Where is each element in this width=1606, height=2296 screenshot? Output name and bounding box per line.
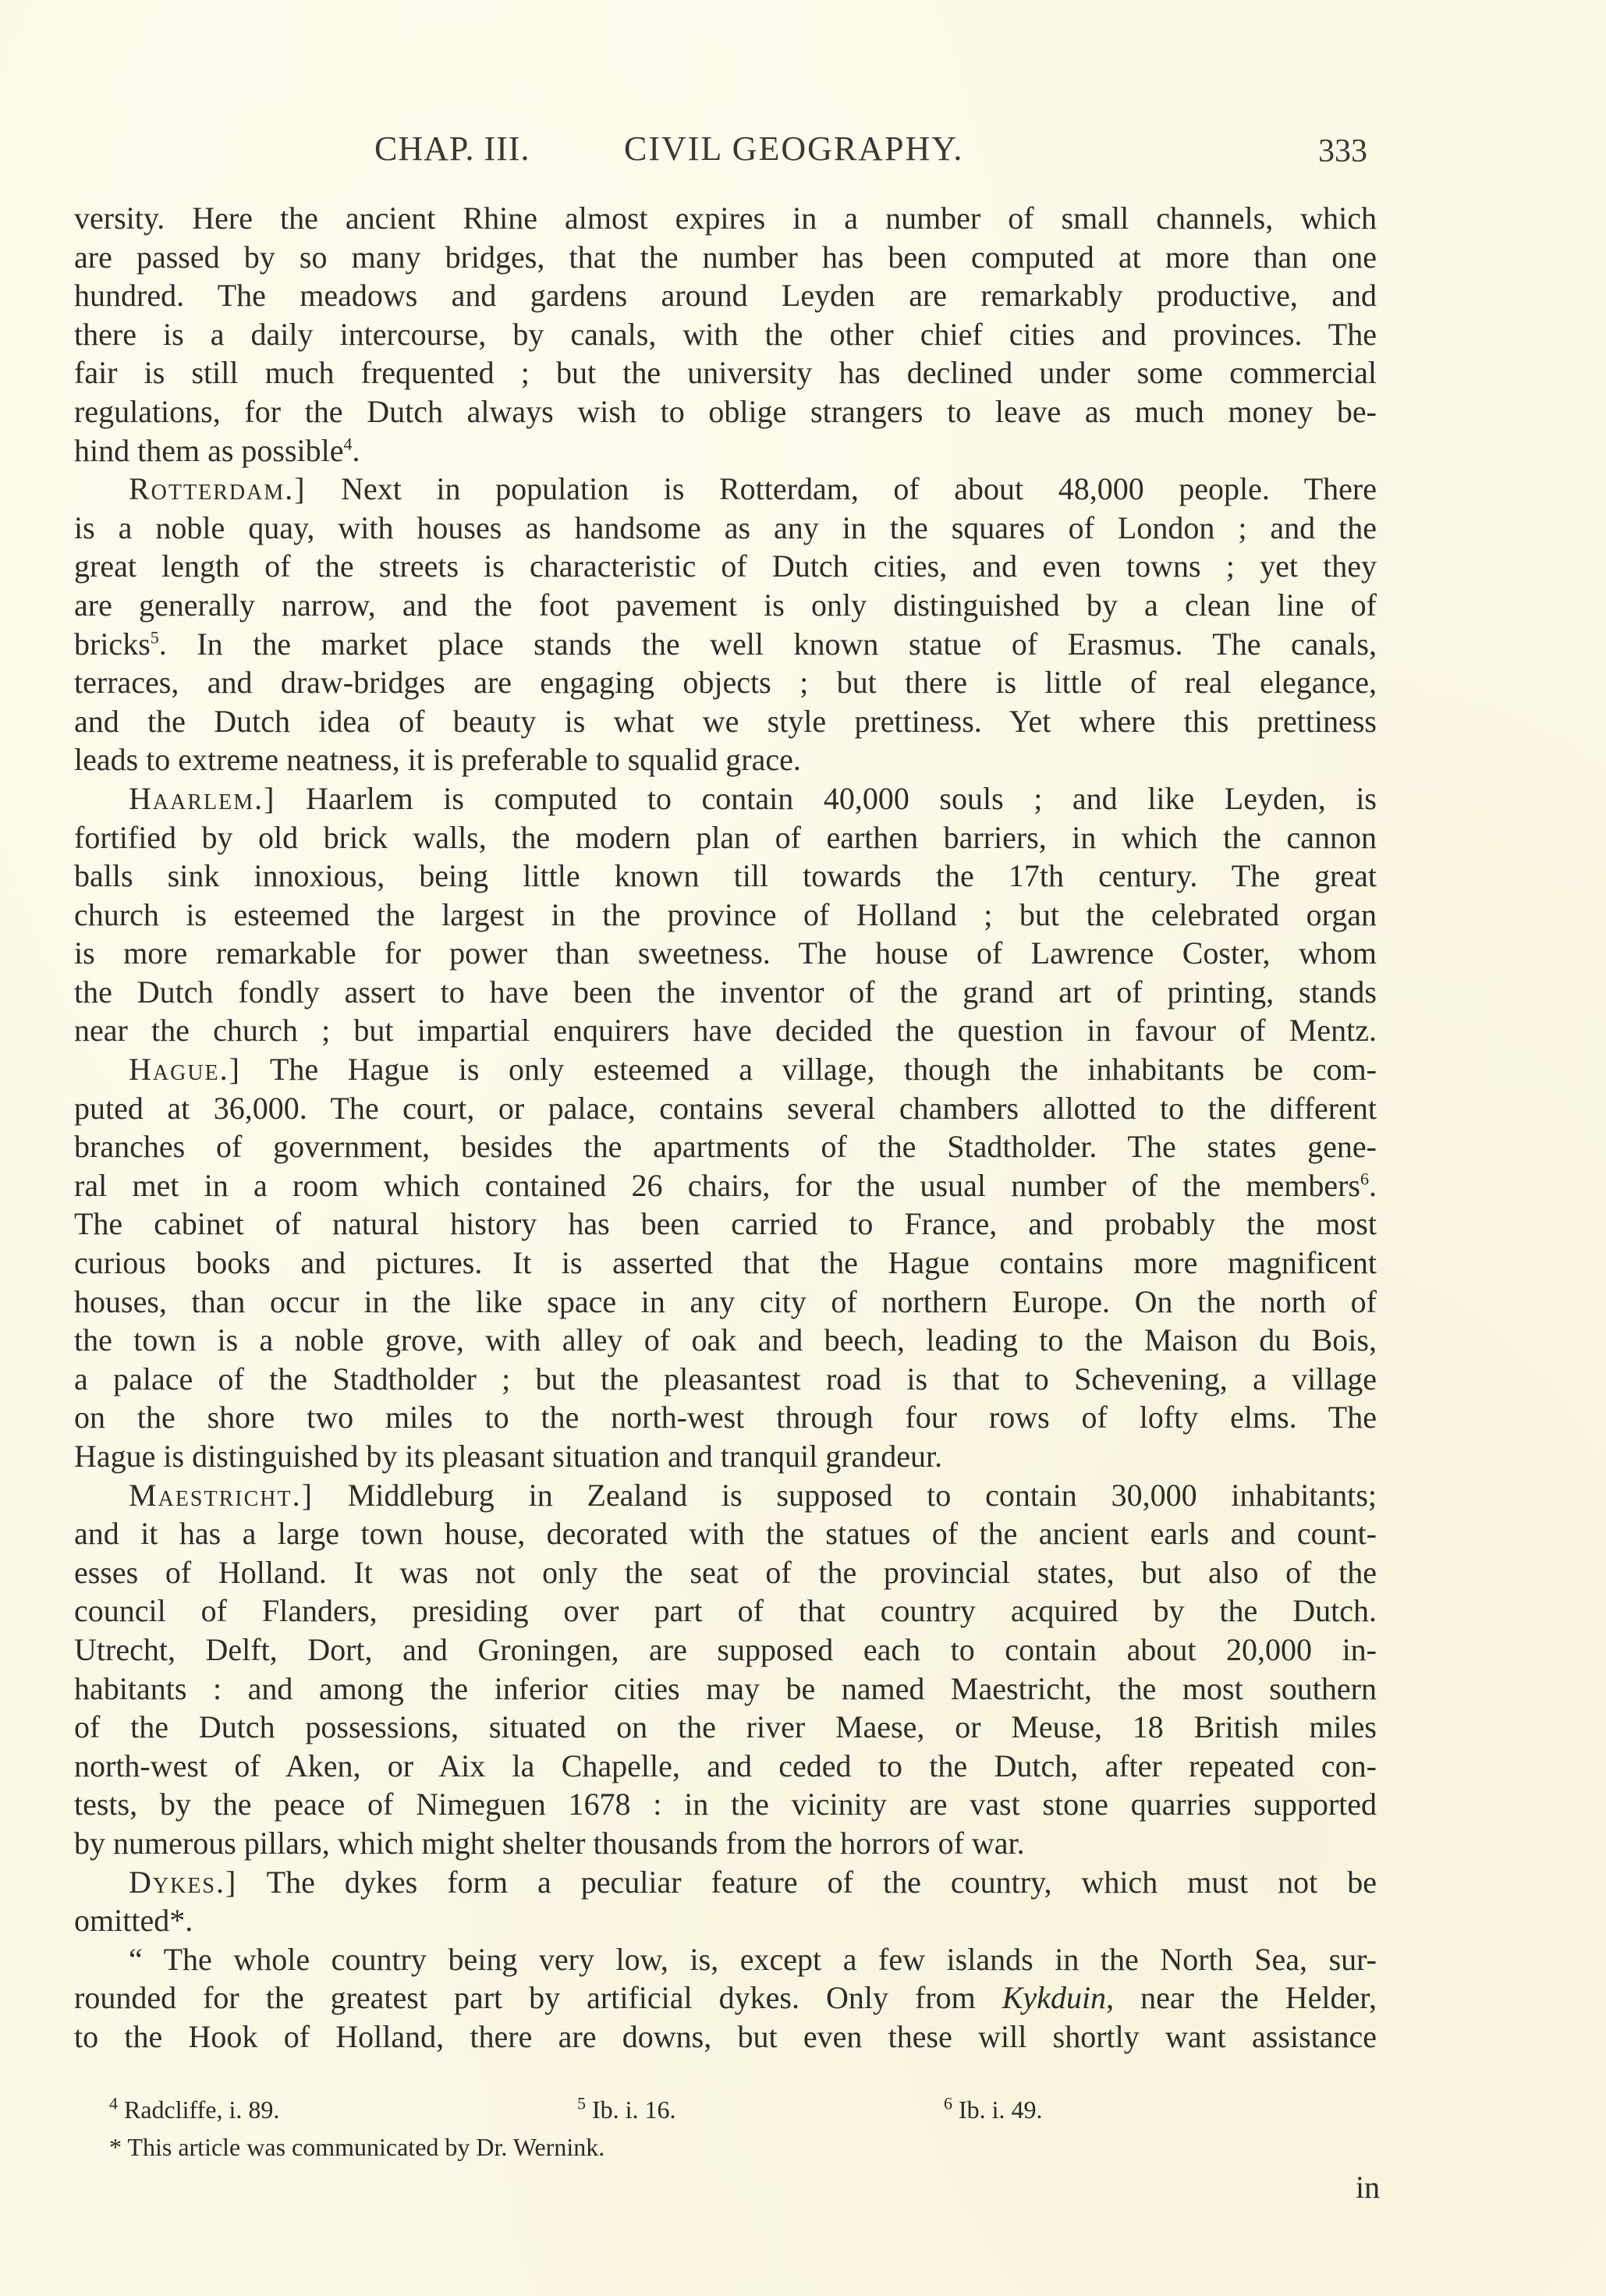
text-line: puted at 36,000. The court, or palace, c… [74,1089,1377,1128]
running-head: CHAP. III. CIVIL GEOGRAPHY. [374,129,1388,176]
text-line: the Dutch fondly assert to have been the… [74,973,1377,1012]
footnote-4: 4 Radcliffe, i. 89. [109,2091,279,2128]
footnote-6: 6 Ib. i. 49. [944,2091,1043,2128]
text-line: terraces, and draw-bridges are engaging … [74,663,1377,702]
body-text: versity. Here the ancient Rhine almost e… [74,199,1377,2056]
text-line: near the church ; but impartial enquirer… [74,1011,1377,1050]
footnote-asterisk: * This article was communicated by Dr. W… [109,2128,604,2166]
text-line: are passed by so many bridges, that the … [74,238,1377,277]
text-line: ral met in a room which contained 26 cha… [74,1166,1377,1205]
text-line: omitted*. [74,1901,1377,1940]
text-line: a palace of the Stadtholder ; but the pl… [74,1360,1377,1399]
text-line: leads to extreme neatness, it is prefera… [74,740,1377,779]
text-line: habitants : and among the inferior citie… [74,1670,1377,1709]
section-heading-line: Dykes.] The dykes form a peculiar featur… [74,1863,1377,1902]
text-line: curious books and pictures. It is assert… [74,1244,1377,1283]
text-line: to the Hook of Holland, there are downs,… [74,2017,1377,2056]
text-line: and it has a large town house, decorated… [74,1514,1377,1553]
text-line: great length of the streets is character… [74,547,1377,586]
section-heading: Maestricht.] [129,1478,314,1513]
text-line: on the shore two miles to the north-west… [74,1398,1377,1437]
text-line: church is esteemed the largest in the pr… [74,896,1377,935]
section-heading-line: Hague.] The Hague is only esteemed a vil… [74,1050,1377,1089]
section-heading-line: Rotterdam.] Next in population is Rotter… [74,470,1377,509]
text-line: houses, than occur in the like space in … [74,1283,1377,1322]
text-line: regulations, for the Dutch always wish t… [74,392,1377,431]
running-head-title: CIVIL GEOGRAPHY. [624,129,963,169]
text-line: council of Flanders, presiding over part… [74,1592,1377,1631]
text-line: the town is a noble grove, with alley of… [74,1321,1377,1360]
section-heading-line: Maestricht.] Middleburg in Zealand is su… [74,1476,1377,1515]
text-line: of the Dutch possessions, situated on th… [74,1708,1377,1747]
text-line: hundred. The meadows and gardens around … [74,276,1377,315]
section-heading: Hague.] [129,1052,241,1087]
text-line: “ The whole country being very low, is, … [74,1940,1377,1979]
section-heading: Dykes.] [129,1865,237,1900]
section-heading: Haarlem.] [129,781,275,816]
footnote-ref: 4 [344,434,353,453]
text-line: versity. Here the ancient Rhine almost e… [74,199,1377,238]
text-line: The cabinet of natural history has been … [74,1205,1377,1244]
text-line: rounded for the greatest part by artific… [74,1978,1377,2017]
text-line: is a noble quay, with houses as handsome… [74,509,1377,548]
book-page: CHAP. III. CIVIL GEOGRAPHY. 333 versity.… [0,0,1606,2296]
text-line: fair is still much frequented ; but the … [74,353,1377,392]
text-line: branches of government, besides the apar… [74,1127,1377,1166]
footnote-ref: 6 [1360,1169,1369,1189]
text-line: balls sink innoxious, being little known… [74,857,1377,896]
text-line: esses of Holland. It was not only the se… [74,1553,1377,1592]
text-line: hind them as possible4. [74,431,1377,470]
page-number: 333 [1318,133,1367,170]
footnote-row: * This article was communicated by Dr. W… [109,2128,1201,2166]
footnotes: 4 Radcliffe, i. 89. 5 Ib. i. 16. 6 Ib. i… [109,2091,1201,2166]
catchword: in [1356,2169,1380,2206]
text-line: there is a daily intercourse, by canals,… [74,315,1377,354]
text-line: Utrecht, Delft, Dort, and Groningen, are… [74,1631,1377,1670]
text-line: north-west of Aken, or Aix la Chapelle, … [74,1747,1377,1786]
text-line: tests, by the peace of Nimeguen 1678 : i… [74,1785,1377,1824]
text-line: and the Dutch idea of beauty is what we … [74,702,1377,741]
section-heading: Rotterdam.] [129,471,307,506]
text-line: are generally narrow, and the foot pavem… [74,586,1377,625]
running-head-chapter: CHAP. III. [374,129,530,169]
text-line: by numerous pillars, which might shelter… [74,1824,1377,1863]
text-line: Hague is distinguished by its pleasant s… [74,1437,1377,1476]
footnote-row: 4 Radcliffe, i. 89. 5 Ib. i. 16. 6 Ib. i… [109,2091,1201,2128]
footnote-5: 5 Ib. i. 16. [577,2091,676,2128]
text-line: is more remarkable for power than sweetn… [74,934,1377,973]
text-line: bricks5. In the market place stands the … [74,625,1377,664]
footnote-ref: 5 [151,627,159,647]
text-line: fortified by old brick walls, the modern… [74,818,1377,857]
section-heading-line: Haarlem.] Haarlem is computed to contain… [74,779,1377,818]
